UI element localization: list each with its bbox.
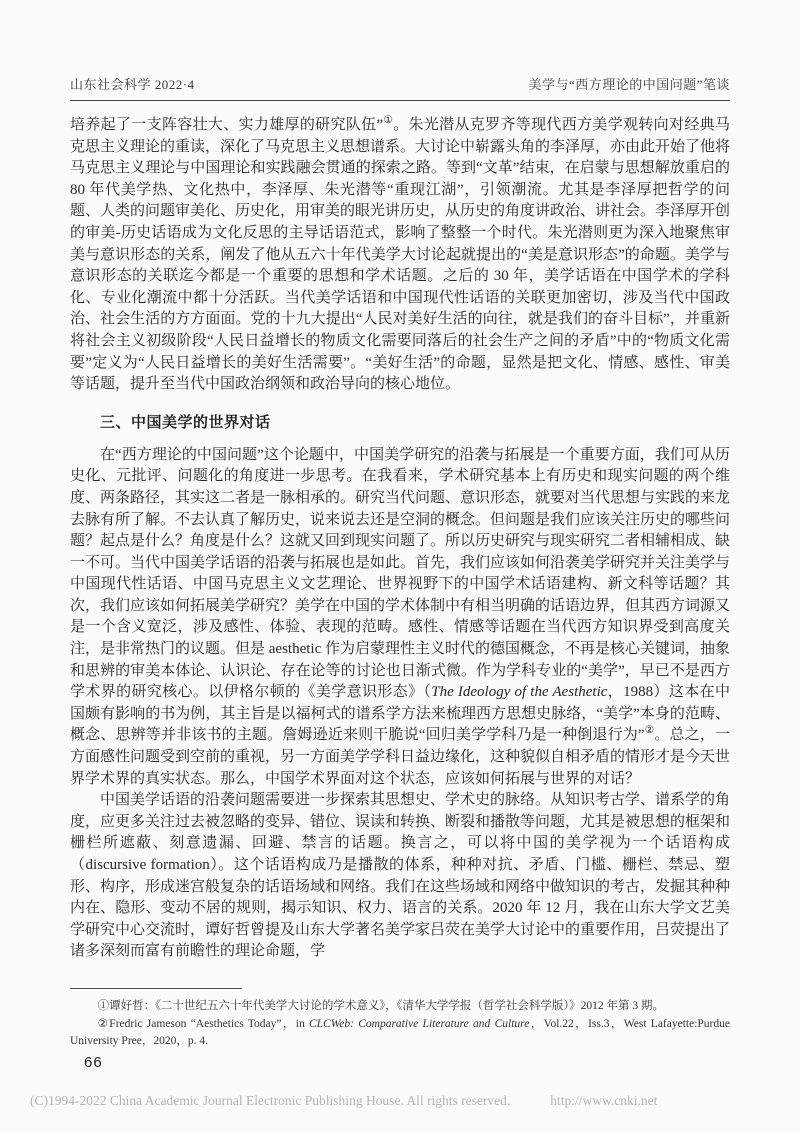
footnote-2: ②Fredric Jameson “Aesthetics Today”，in C…	[70, 1016, 730, 1051]
footnotes-section: ①谭好哲：《二十世纪五六十年代美学大讨论的学术意义》，《清华大学学报（哲学社会科…	[70, 988, 730, 1051]
section-heading: 三、中国美学的世界对话	[70, 411, 730, 432]
page-number: 66	[84, 1054, 103, 1071]
copyright-text: (C)1994-2022 China Academic Journal Elec…	[30, 1093, 510, 1109]
footnote-divider	[70, 988, 242, 989]
article-running-title: 美学与“西方理论的中国问题”笔谈	[528, 74, 730, 93]
cnki-footer: (C)1994-2022 China Academic Journal Elec…	[30, 1093, 770, 1109]
journal-title: 山东社会科学 2022·4	[70, 74, 195, 93]
paragraph-2: 在“西方理论的中国问题”这个论题中，中国美学研究的沿袭与拓展是一个重要方面，我们…	[70, 445, 730, 791]
page-header: 山东社会科学 2022·4 美学与“西方理论的中国问题”笔谈	[70, 74, 730, 101]
journal-page: 山东社会科学 2022·4 美学与“西方理论的中国问题”笔谈 培养起了一支阵容壮…	[0, 0, 800, 1132]
paragraph-continuation: 培养起了一支阵容壮大、实力雄厚的研究队伍”①。朱光潜从克罗齐等现代西方美学观转向…	[70, 115, 730, 396]
paragraph-3: 中国美学话语的沿袭问题需要进一步探索其思想史、学术史的脉络。从知识考古学、谱系学…	[70, 790, 730, 963]
article-body: 培养起了一支阵容壮大、实力雄厚的研究队伍”①。朱光潜从克罗齐等现代西方美学观转向…	[70, 115, 730, 963]
cnki-url-link[interactable]: http://www.cnki.net	[550, 1093, 657, 1109]
footnote-1: ①谭好哲：《二十世纪五六十年代美学大讨论的学术意义》，《清华大学学报（哲学社会科…	[70, 998, 730, 1016]
